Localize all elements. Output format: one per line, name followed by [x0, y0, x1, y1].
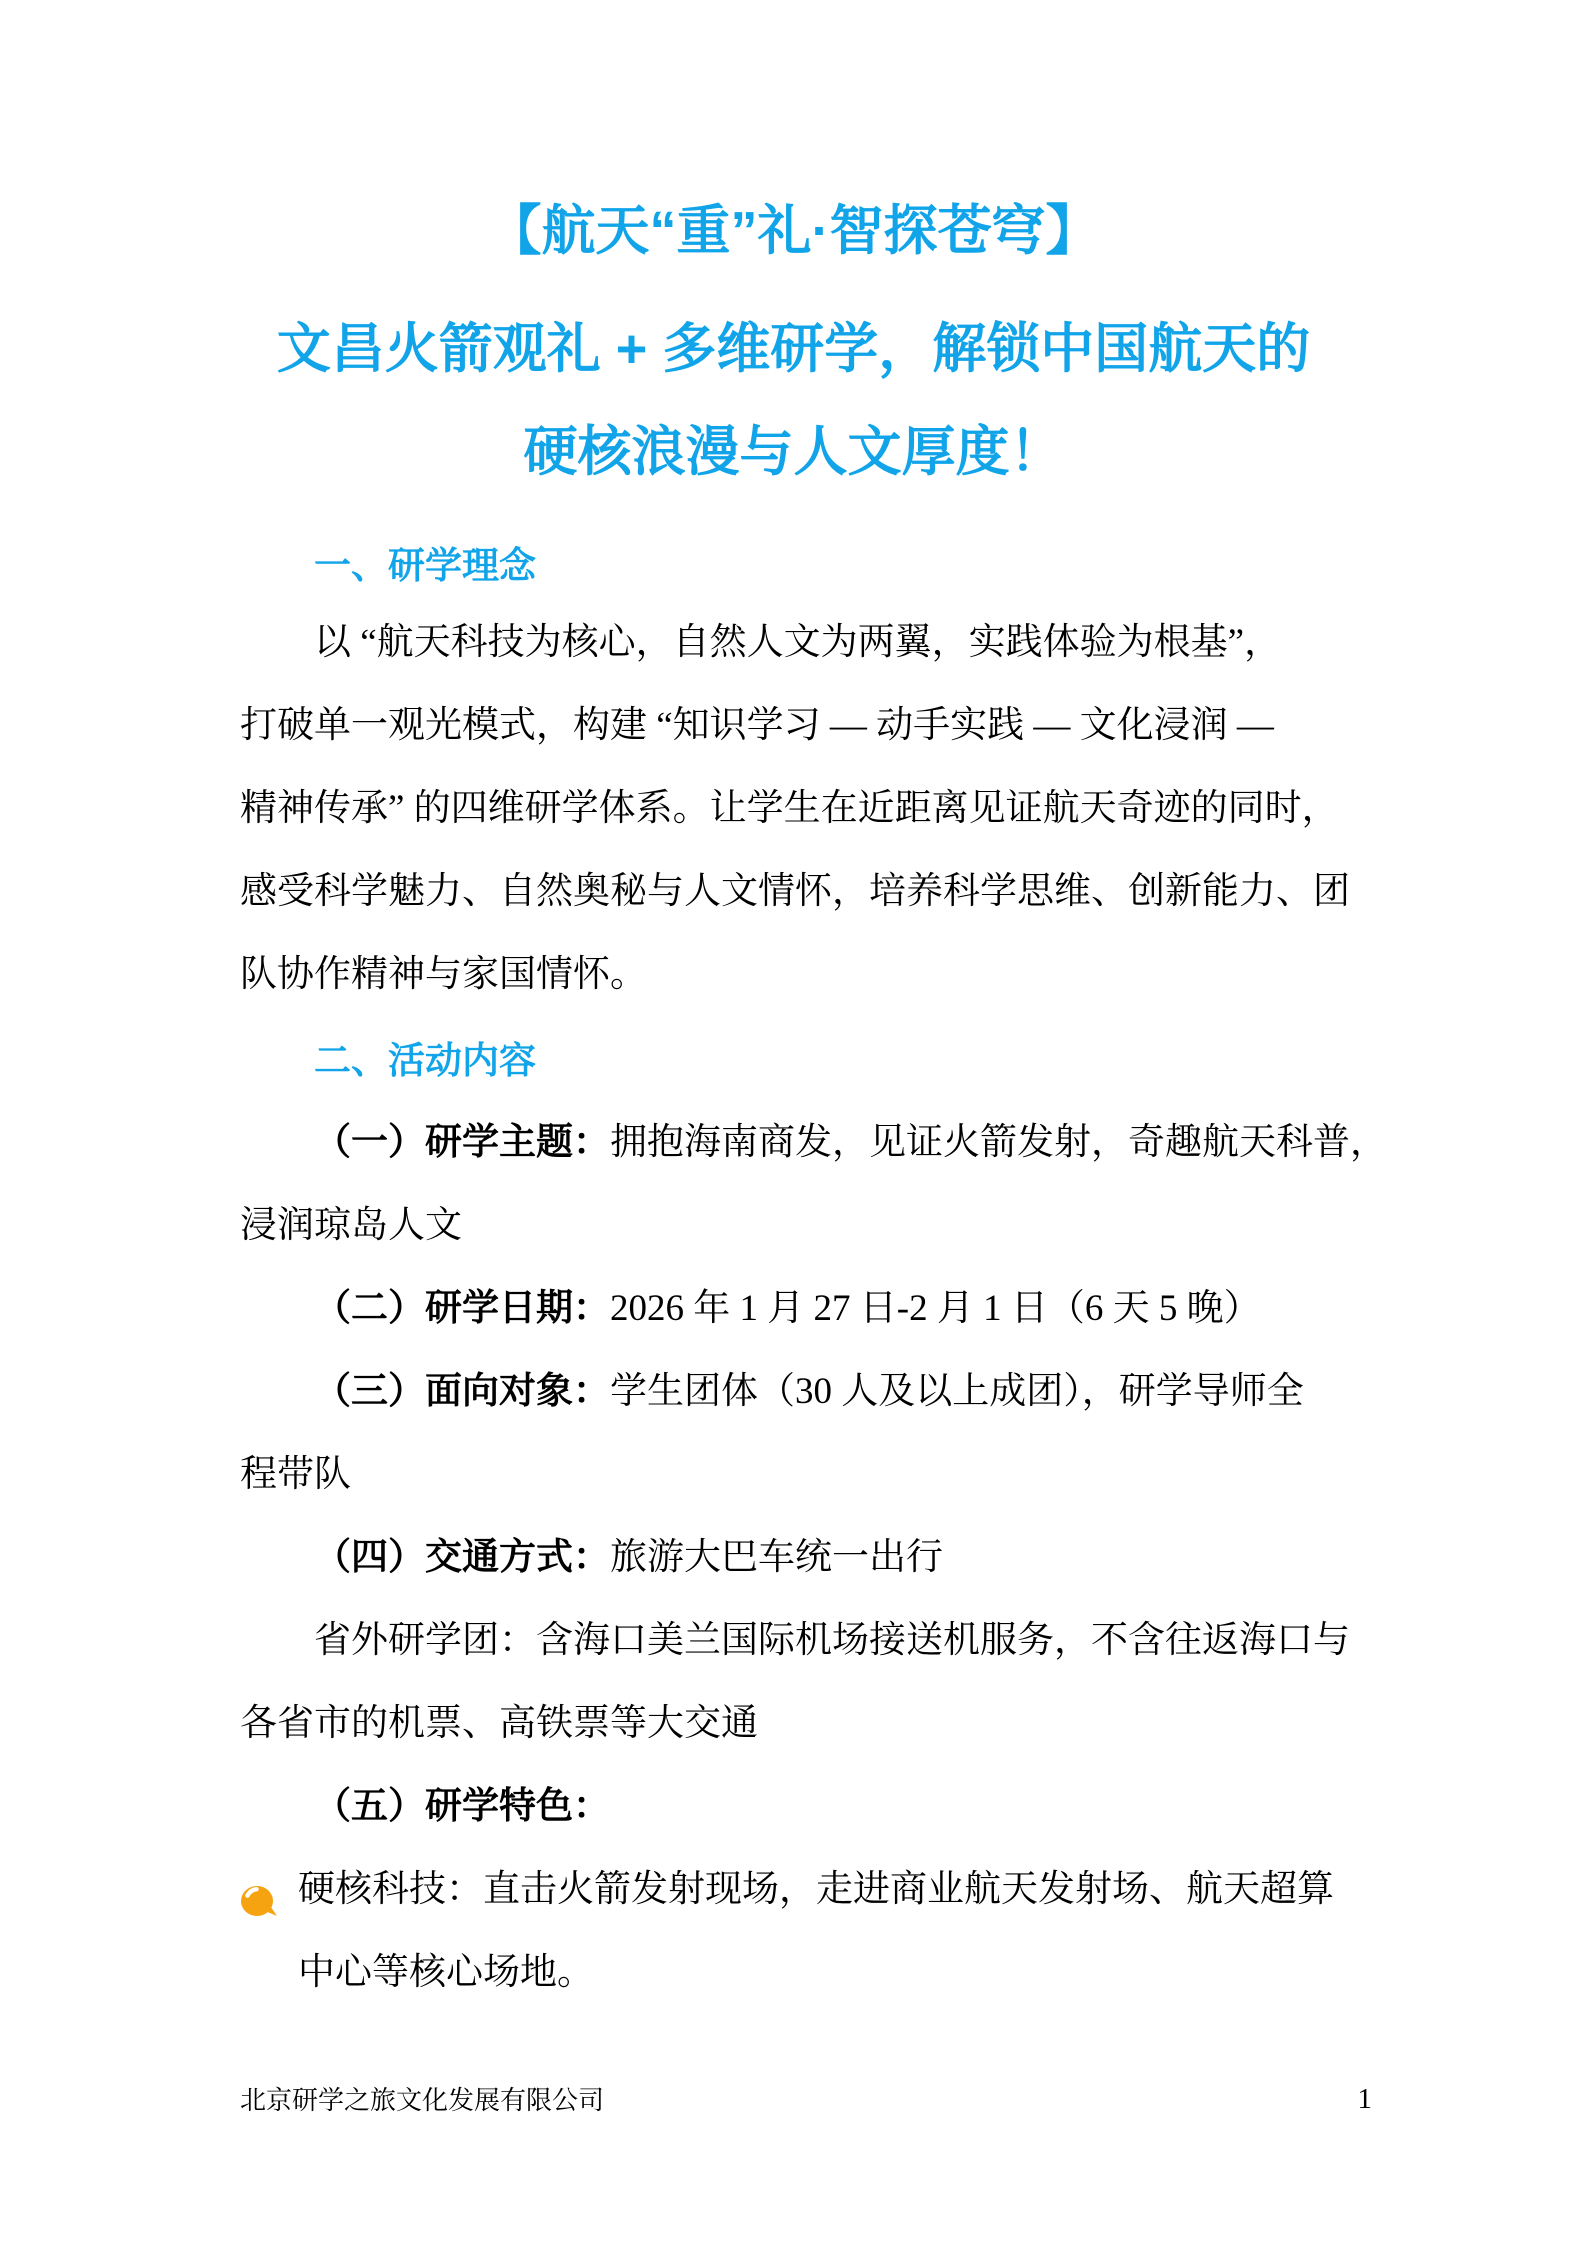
item-label: （二）研学日期：: [314, 1288, 610, 1329]
activities-list: （一）研学主题：拥抱海南商发，见证火箭发射，奇趣航天科普， 浸润琼岛人文 （二）…: [240, 1101, 1360, 1848]
document-page: 【航天“重”礼·智探苍穹】 文昌火箭观礼 + 多维研学，解锁中国航天的 硬核浪漫…: [0, 0, 1587, 2245]
paragraph-line: 打破单一观光模式，构建 “知识学习 — 动手实践 — 文化浸润 —: [240, 684, 1360, 767]
item-text: 旅游大巴车统一出行: [610, 1537, 943, 1578]
page-title: 【航天“重”礼·智探苍穹】: [0, 196, 1587, 266]
item-text: 程带队: [240, 1454, 351, 1495]
item-label: （五）研学特色：: [314, 1786, 610, 1827]
feature-bullet-block: 硬核科技：直击火箭发射现场，走进商业航天发射场、航天超算 中心等核心场地。: [240, 1848, 1360, 2014]
list-item-transport: （四）交通方式：旅游大巴车统一出行: [240, 1516, 1360, 1599]
subtitle-line-2: 硬核浪漫与人文厚度！: [0, 401, 1587, 504]
concept-paragraph: 以 “航天科技为核心，自然人文为两翼，实践体验为根基”， 打破单一观光模式，构建…: [240, 601, 1360, 1016]
item-label: （一）研学主题：: [314, 1122, 610, 1163]
paragraph-line: 队协作精神与家国情怀。: [240, 933, 1360, 1016]
list-item-audience: （三）面向对象：学生团体（30 人及以上成团），研学导师全: [240, 1350, 1360, 1433]
item-text: 2026 年 1 月 27 日-2 月 1 日（6 天 5 晚）: [610, 1288, 1261, 1329]
feature-text: 中心等核心场地。: [298, 1952, 594, 1993]
list-item-date: （二）研学日期：2026 年 1 月 27 日-2 月 1 日（6 天 5 晚）: [240, 1267, 1360, 1350]
item-label: （四）交通方式：: [314, 1537, 610, 1578]
list-item-transport-note: 省外研学团：含海口美兰国际机场接送机服务，不含往返海口与: [240, 1599, 1360, 1682]
footer-page-number: 1: [1358, 2082, 1373, 2116]
section-heading-activities: 二、活动内容: [314, 1041, 536, 1081]
list-item-theme: （一）研学主题：拥抱海南商发，见证火箭发射，奇趣航天科普，: [240, 1101, 1360, 1184]
item-text: 学生团体（30 人及以上成团），研学导师全: [610, 1371, 1304, 1412]
subtitle-line-1: 文昌火箭观礼 + 多维研学，解锁中国航天的: [0, 298, 1587, 401]
list-item-features: （五）研学特色：: [240, 1765, 1360, 1848]
item-text: 浸润琼岛人文: [240, 1205, 462, 1246]
feature-text: 硬核科技：直击火箭发射现场，走进商业航天发射场、航天超算: [298, 1869, 1334, 1910]
list-item-transport-note-cont: 各省市的机票、高铁票等大交通: [240, 1682, 1360, 1765]
feature-line-2: 中心等核心场地。: [240, 1931, 1360, 2014]
list-item-theme-cont: 浸润琼岛人文: [240, 1184, 1360, 1267]
feature-line-1: 硬核科技：直击火箭发射现场，走进商业航天发射场、航天超算: [240, 1848, 1360, 1931]
item-label: （三）面向对象：: [314, 1371, 610, 1412]
footer-company-name: 北京研学之旅文化发展有限公司: [240, 2086, 604, 2116]
speech-bubble-icon: [240, 1868, 278, 1904]
paragraph-line: 精神传承” 的四维研学体系。让学生在近距离见证航天奇迹的同时，: [240, 767, 1360, 850]
list-item-audience-cont: 程带队: [240, 1433, 1360, 1516]
paragraph-line: 以 “航天科技为核心，自然人文为两翼，实践体验为根基”，: [240, 601, 1360, 684]
item-text: 拥抱海南商发，见证火箭发射，奇趣航天科普，: [610, 1122, 1387, 1163]
section-heading-concept: 一、研学理念: [314, 546, 536, 586]
page-subtitle: 文昌火箭观礼 + 多维研学，解锁中国航天的 硬核浪漫与人文厚度！: [0, 298, 1587, 504]
item-text: 省外研学团：含海口美兰国际机场接送机服务，不含往返海口与: [314, 1620, 1350, 1661]
item-text: 各省市的机票、高铁票等大交通: [240, 1703, 758, 1744]
paragraph-line: 感受科学魅力、自然奥秘与人文情怀，培养科学思维、创新能力、团: [240, 850, 1360, 933]
